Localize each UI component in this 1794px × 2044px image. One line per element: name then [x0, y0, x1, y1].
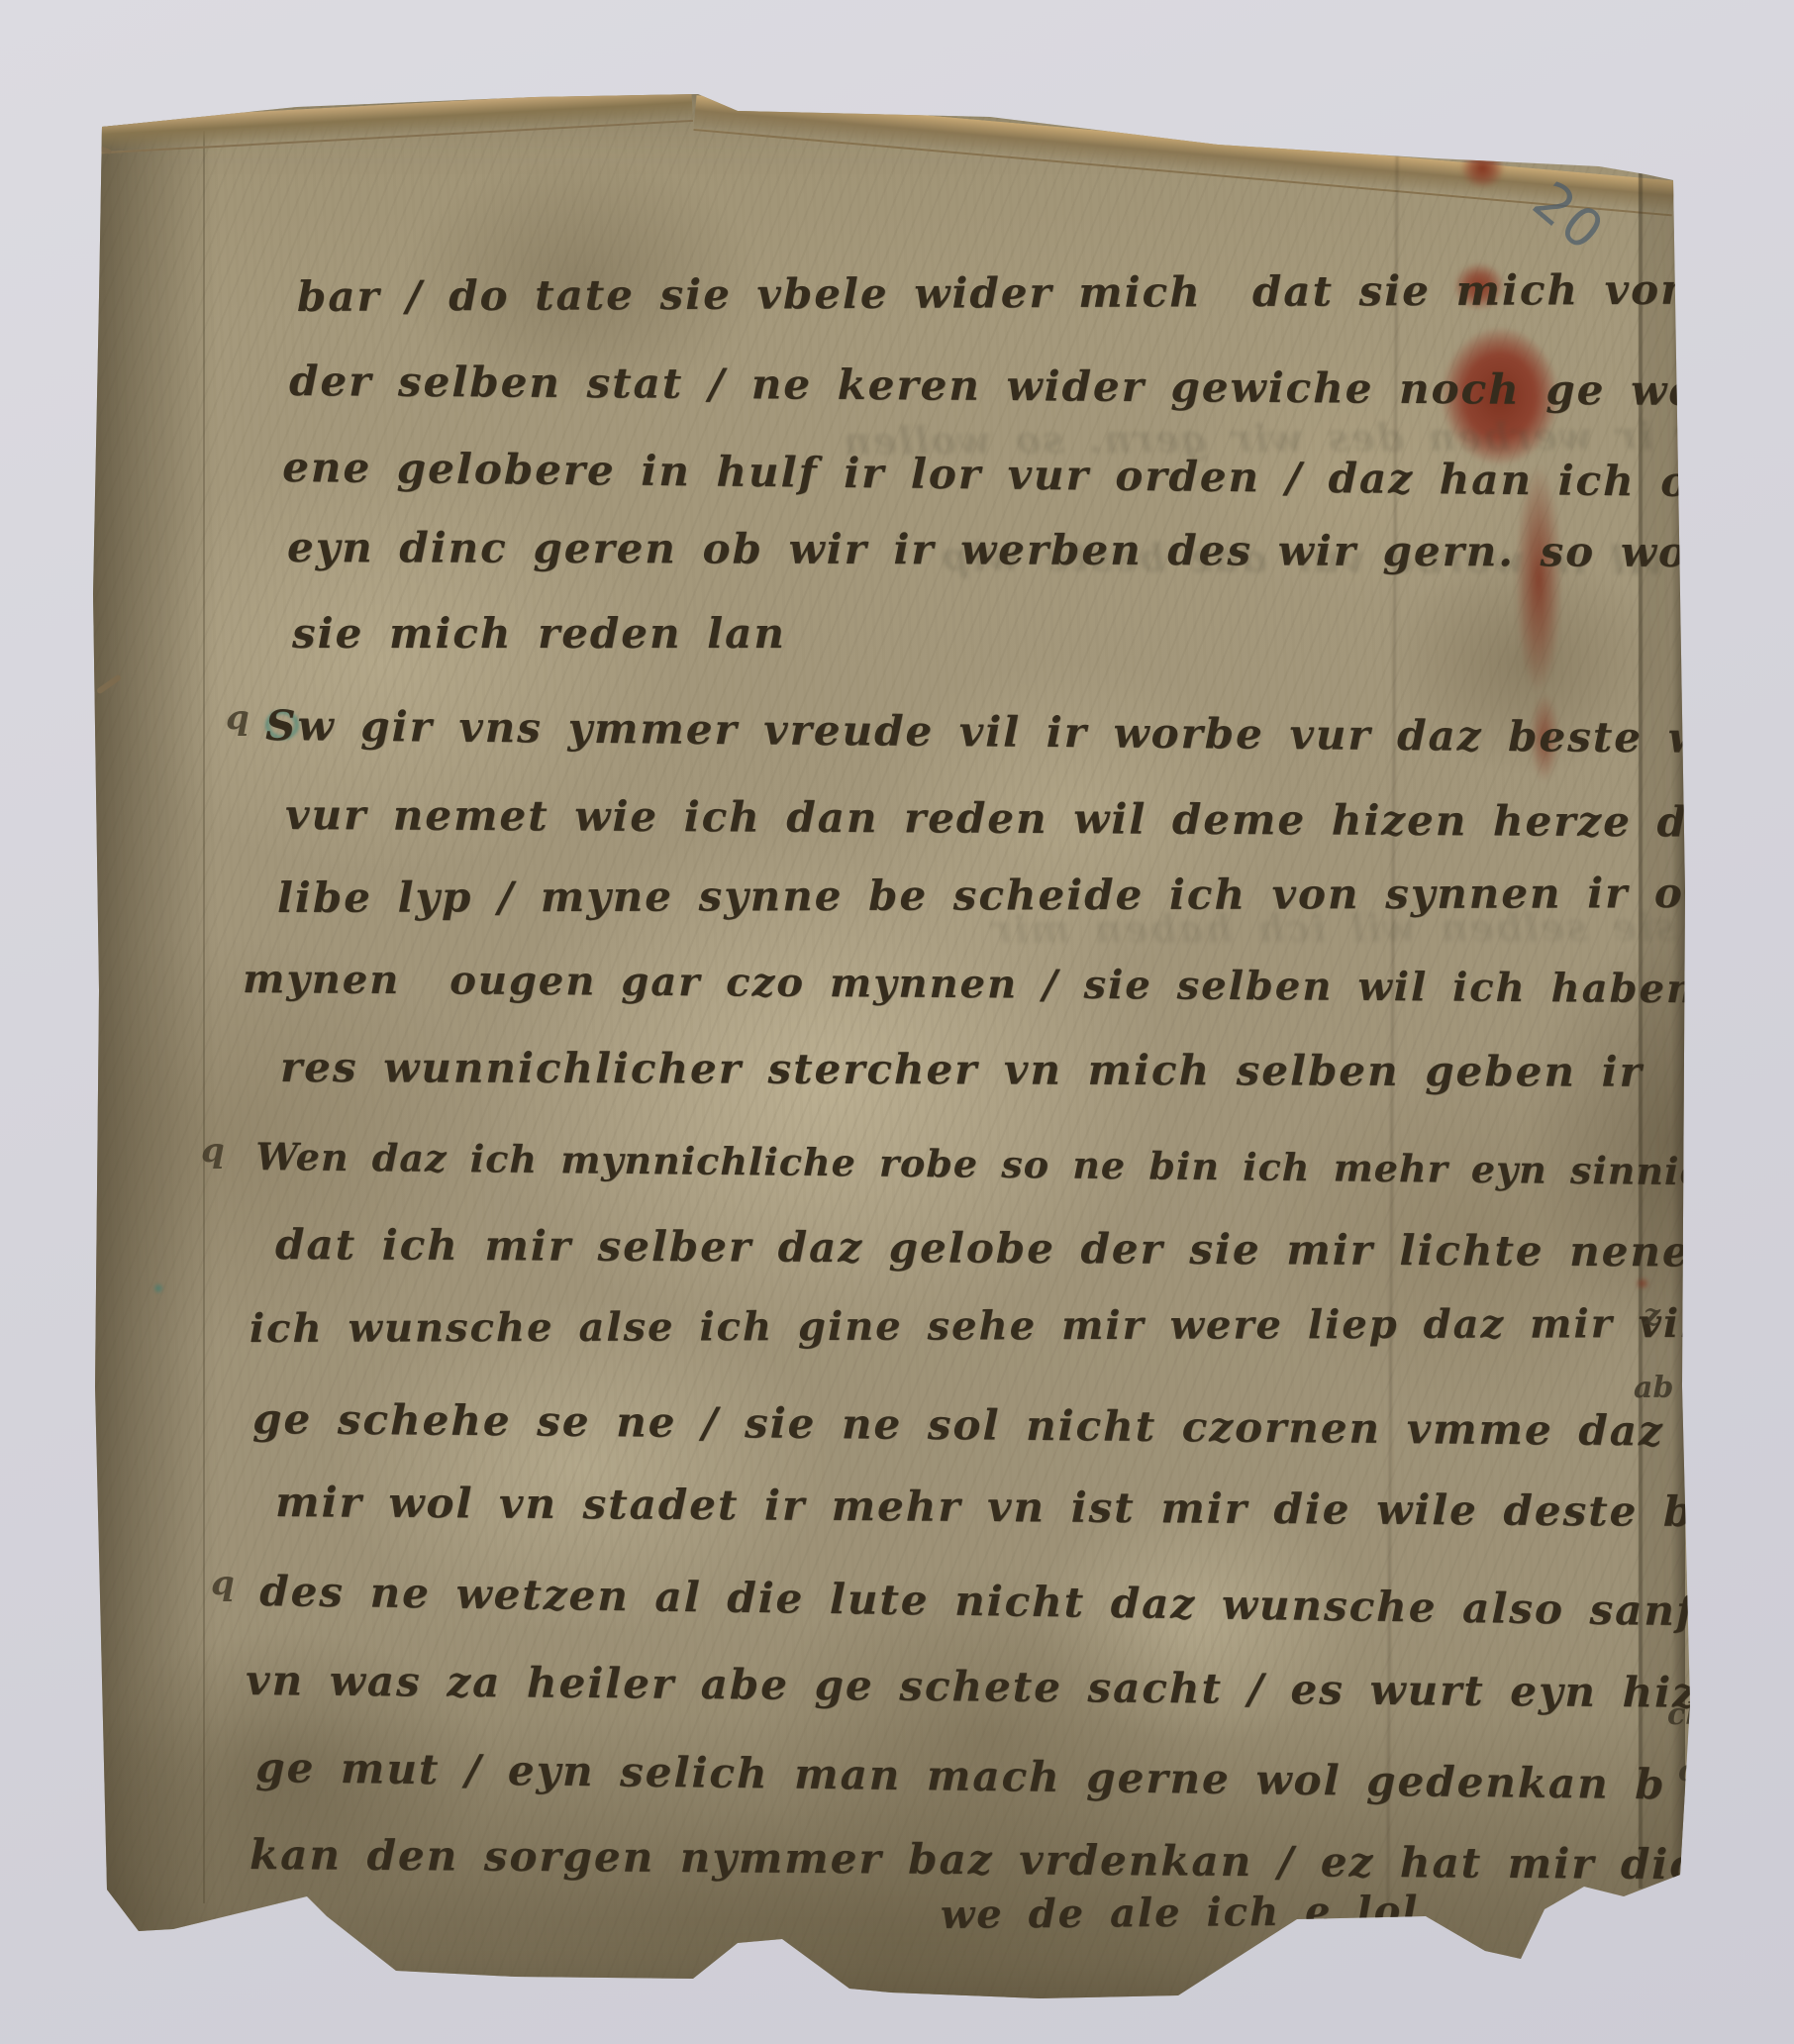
margin-fragment: z: [1644, 1301, 1660, 1331]
manuscript-line-7: vur nemet wie ich dan reden wil deme hiz…: [285, 794, 1794, 844]
manuscript-line-15: mir wol vn stadet ir mehr vn ist mir die…: [275, 1482, 1749, 1533]
spine-edge: [91, 109, 218, 1975]
paragraph-mark: q: [201, 1134, 225, 1168]
paragraph-mark: q: [226, 701, 249, 735]
manuscript-line-19: kan den sorgen nymmer baz vrdenkan / ez …: [249, 1834, 1756, 1887]
manuscript-line-9: mynen ougen gar czo mynnen / sie selben …: [243, 960, 1794, 1010]
margin-fragment: ab: [1634, 1374, 1673, 1403]
teal-ink-trace: [152, 1282, 164, 1294]
manuscript-line-20-partial: we de ale ich e lol: [941, 1891, 1420, 1935]
red-stain: [1460, 149, 1505, 188]
red-stain: [1636, 1277, 1649, 1289]
parchment-leaf: eyn dinc geren ob wir ir werben des wir …: [91, 91, 1723, 2000]
manuscript-line-13: ich wunsche alse ich gine sehe mir were …: [249, 1304, 1794, 1349]
manuscript-line-12: dat ich mir selber daz gelobe der sie mi…: [275, 1224, 1794, 1274]
manuscript-scan: eyn dinc geren ob wir ir werben des wir …: [0, 0, 1794, 2044]
manuscript-line-2: der selben stat / ne keren wider gewiche…: [289, 360, 1761, 412]
left-ruling-line: [203, 131, 205, 1903]
manuscript-line-5: sie mich reden lan: [292, 613, 786, 655]
manuscript-line-4: eyn dinc geren ob wir ir werben des wir …: [287, 527, 1784, 573]
manuscript-line-8: libe lyp / myne synne be scheide ich von…: [277, 872, 1794, 919]
manuscript-line-6: Sw gir vns ymmer vreude vil ir worbe vur…: [265, 705, 1754, 760]
margin-fragment: ch: [1667, 1700, 1707, 1730]
manuscript-line-1: bar / do tate sie vbele wider mich dat s…: [297, 269, 1693, 318]
paragraph-mark: q: [211, 1567, 235, 1600]
manuscript-line-10: res wunnichlicher stercher vn mich selbe…: [280, 1047, 1644, 1093]
red-stain: [1426, 119, 1455, 141]
